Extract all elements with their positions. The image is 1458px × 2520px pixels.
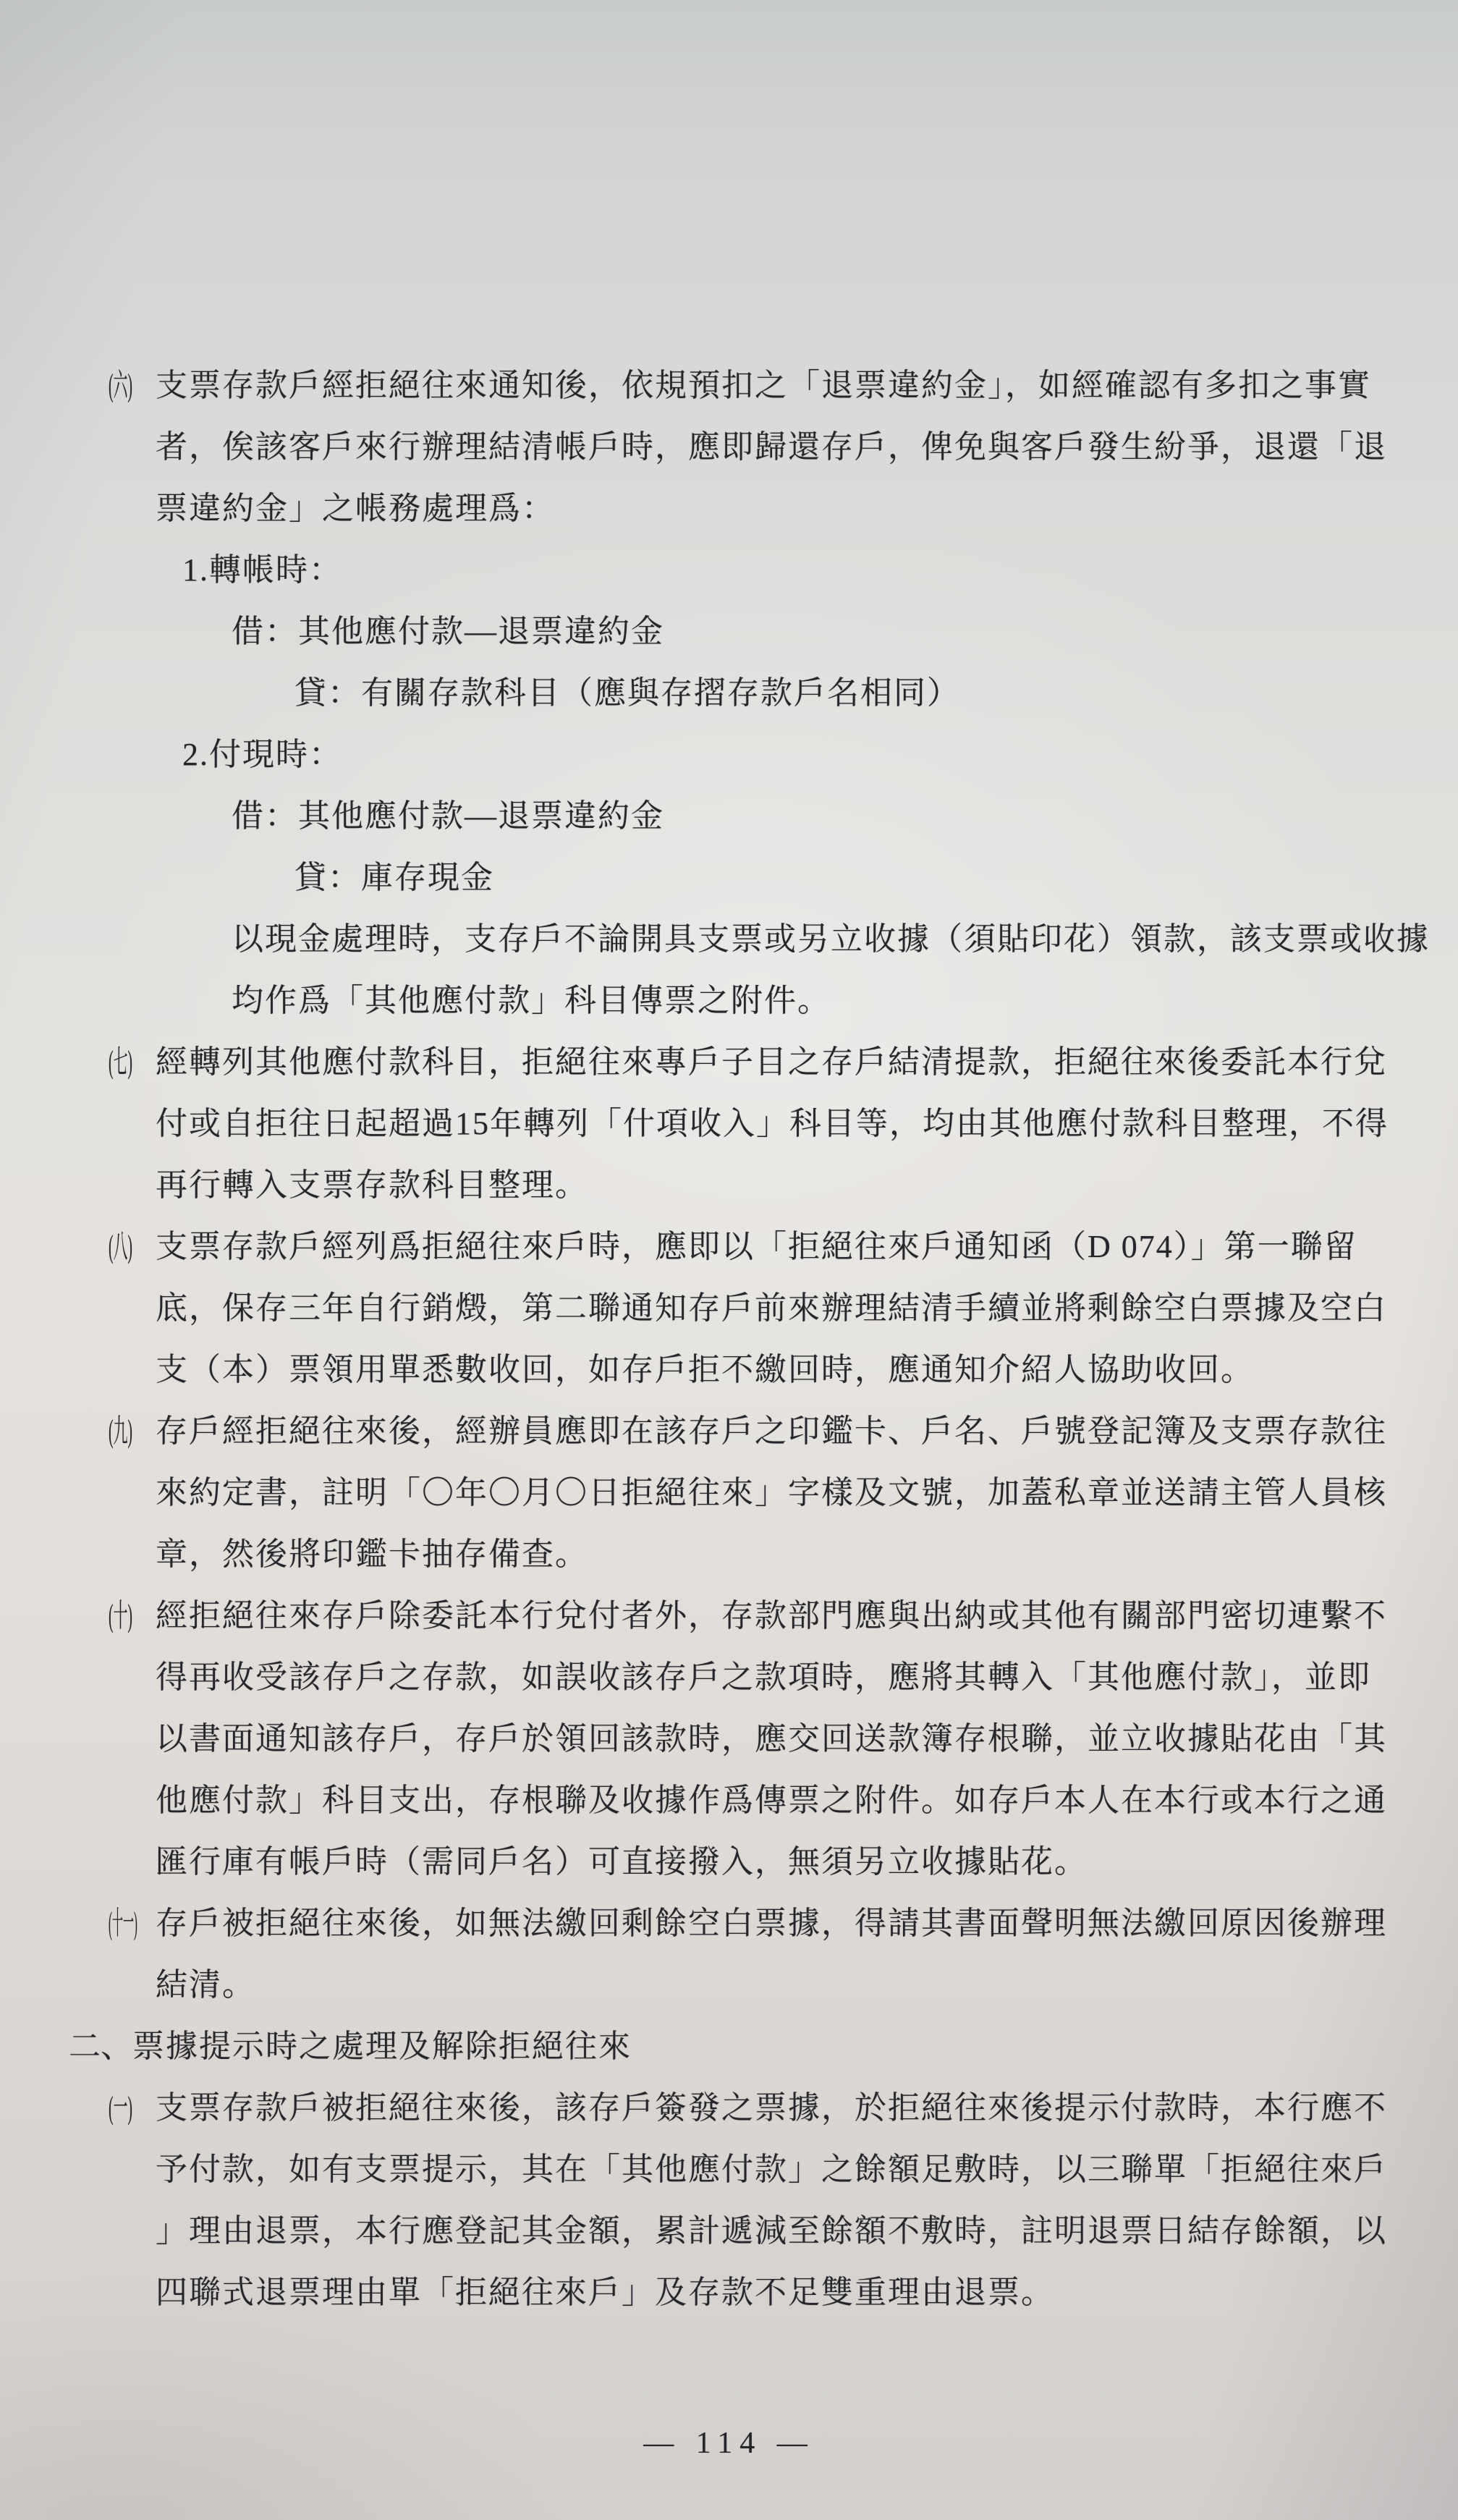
- line-text: 以書面通知該存戶，存戶於領回該款時，應交回送款簿存根聯，並立收據貼花由「其: [156, 1721, 1387, 1756]
- document-line: 四聯式退票理由單「拒絕往來戶」及存款不足雙重理由退票。: [0, 2262, 1458, 2323]
- document-line: 予付款，如有支票提示，其在「其他應付款」之餘額足敷時，以三聯單「拒絕往來戶: [0, 2139, 1458, 2200]
- document-line: 1.轉帳時：: [0, 539, 1458, 601]
- document-line: 得再收受該存戶之存款，如誤收該存戶之款項時，應將其轉入「其他應付款」，並即: [0, 1646, 1458, 1708]
- line-text: 支票存款戶經拒絕往來通知後，依規預扣之「退票違約金」，如經確認有多扣之事實: [156, 368, 1371, 403]
- line-text: 2.付現時：: [182, 737, 342, 772]
- line-text: 章，然後將印鑑卡抽存備查。: [156, 1536, 588, 1572]
- line-text: 四聯式退票理由單「拒絕往來戶」及存款不足雙重理由退票。: [156, 2275, 1054, 2310]
- document-line: 支（本）票領用單悉數收回，如存戶拒不繳回時，應通知介紹人協助收回。: [0, 1339, 1458, 1400]
- line-text: 均作爲「其他應付款」科目傳票之附件。: [232, 983, 831, 1018]
- line-text: 票據提示時之處理及解除拒絕往來: [132, 2029, 632, 2064]
- document-line: 章，然後將印鑑卡抽存備查。: [0, 1523, 1458, 1585]
- list-item-marker: (十一): [109, 1893, 137, 1954]
- document-line: 以書面通知該存戶，存戶於領回該款時，應交回送款簿存根聯，並立收據貼花由「其: [0, 1708, 1458, 1770]
- document-line: (九)存戶經拒絕往來後，經辦員應即在該存戶之印鑑卡、戶名、戶號登記簿及支票存款往: [0, 1400, 1458, 1462]
- document-line: 底，保存三年自行銷燬，第二聯通知存戶前來辦理結清手續並將剩餘空白票據及空白: [0, 1277, 1458, 1339]
- document-body: (六)支票存款戶經拒絕往來通知後，依規預扣之「退票違約金」，如經確認有多扣之事實…: [0, 355, 1458, 2323]
- line-text: 匯行庫有帳戶時（需同戶名）可直接撥入，無須另立收據貼花。: [156, 1844, 1088, 1880]
- list-item-marker: (八): [109, 1216, 132, 1277]
- line-text: 存戶被拒絕往來後，如無法繳回剩餘空白票據，得請其書面聲明無法繳回原因後辦理: [156, 1906, 1387, 1941]
- document-line: (七)經轉列其他應付款科目，拒絕往來專戶子目之存戶結清提款，拒絕往來後委託本行兌: [0, 1031, 1458, 1093]
- line-text: 來約定書，註明「〇年〇月〇日拒絕往來」字樣及文號，加蓋私章並送請主管人員核: [156, 1475, 1387, 1510]
- document-line: 貸：有關存款科目（應與存摺存款戶名相同）: [0, 662, 1458, 724]
- line-text: 1.轉帳時：: [182, 552, 342, 588]
- document-line: 再行轉入支票存款科目整理。: [0, 1154, 1458, 1216]
- document-line: 他應付款」科目支出，存根聯及收據作爲傳票之附件。如存戶本人在本行或本行之通: [0, 1770, 1458, 1831]
- line-text: 付或自拒往日起超過15年轉列「什項收入」科目等，均由其他應付款科目整理，不得: [156, 1106, 1389, 1141]
- document-line: 借：其他應付款—退票違約金: [0, 785, 1458, 847]
- line-text: 支（本）票領用單悉數收回，如存戶拒不繳回時，應通知介紹人協助收回。: [156, 1352, 1254, 1387]
- document-line: (十)經拒絕往來存戶除委託本行兌付者外，存款部門應與出納或其他有關部門密切連繫不: [0, 1585, 1458, 1646]
- document-line: 付或自拒往日起超過15年轉列「什項收入」科目等，均由其他應付款科目整理，不得: [0, 1093, 1458, 1154]
- line-text: 得再收受該存戶之存款，如誤收該存戶之款項時，應將其轉入「其他應付款」，並即: [156, 1659, 1371, 1695]
- list-item-marker: 二、: [69, 2029, 132, 2064]
- page-number: — 114 —: [0, 2426, 1458, 2461]
- line-text: 存戶經拒絕往來後，經辦員應即在該存戶之印鑑卡、戶名、戶號登記簿及支票存款往: [156, 1413, 1387, 1449]
- line-text: 者，俟該客戶來行辦理結清帳戶時，應即歸還存戶，俾免與客戶發生紛爭，退還「退: [156, 429, 1387, 465]
- document-line: (六)支票存款戶經拒絕往來通知後，依規預扣之「退票違約金」，如經確認有多扣之事實: [0, 355, 1458, 416]
- document-line: 來約定書，註明「〇年〇月〇日拒絕往來」字樣及文號，加蓋私章並送請主管人員核: [0, 1462, 1458, 1523]
- line-text: 他應付款」科目支出，存根聯及收據作爲傳票之附件。如存戶本人在本行或本行之通: [156, 1783, 1387, 1818]
- line-text: 予付款，如有支票提示，其在「其他應付款」之餘額足敷時，以三聯單「拒絕往來戶: [156, 2152, 1387, 2187]
- line-text: 經轉列其他應付款科目，拒絕往來專戶子目之存戶結清提款，拒絕往來後委託本行兌: [156, 1044, 1387, 1080]
- document-line: (一)支票存款戶被拒絕往來後，該存戶簽發之票據，於拒絕往來後提示付款時，本行應不: [0, 2077, 1458, 2139]
- document-line: 以現金處理時，支存戶不論開具支票或另立收據（須貼印花）領款，該支票或收據: [0, 908, 1458, 970]
- list-item-marker: (十): [109, 1585, 132, 1646]
- document-line: 均作爲「其他應付款」科目傳票之附件。: [0, 970, 1458, 1031]
- document-line: 貸：庫存現金: [0, 847, 1458, 908]
- line-text: 經拒絕往來存戶除委託本行兌付者外，存款部門應與出納或其他有關部門密切連繫不: [156, 1598, 1387, 1633]
- list-item-marker: (六): [109, 355, 132, 416]
- document-line: 匯行庫有帳戶時（需同戶名）可直接撥入，無須另立收據貼花。: [0, 1831, 1458, 1893]
- line-text: 借：其他應付款—退票違約金: [232, 798, 664, 834]
- document-line: (十一)存戶被拒絕往來後，如無法繳回剩餘空白票據，得請其書面聲明無法繳回原因後辦…: [0, 1893, 1458, 1954]
- list-item-marker: (一): [109, 2077, 132, 2139]
- line-text: 貸：有關存款科目（應與存摺存款戶名相同）: [294, 675, 960, 711]
- scanned-document-page: (六)支票存款戶經拒絕往來通知後，依規預扣之「退票違約金」，如經確認有多扣之事實…: [0, 0, 1458, 2520]
- line-text: 借：其他應付款—退票違約金: [232, 614, 664, 649]
- line-text: 以現金處理時，支存戶不論開具支票或另立收據（須貼印花）領款，該支票或收據: [232, 921, 1430, 957]
- line-text: 支票存款戶被拒絕往來後，該存戶簽發之票據，於拒絕往來後提示付款時，本行應不: [156, 2090, 1387, 2126]
- line-text: 底，保存三年自行銷燬，第二聯通知存戶前來辦理結清手續並將剩餘空白票據及空白: [156, 1290, 1387, 1326]
- line-text: 票違約金」之帳務處理爲：: [156, 491, 555, 526]
- document-line: 者，俟該客戶來行辦理結清帳戶時，應即歸還存戶，俾免與客戶發生紛爭，退還「退: [0, 416, 1458, 478]
- line-text: 結清。: [156, 1967, 255, 2003]
- document-line: 票違約金」之帳務處理爲：: [0, 478, 1458, 539]
- document-line: 」理由退票，本行應登記其金額，累計遞減至餘額不敷時，註明退票日結存餘額，以: [0, 2200, 1458, 2262]
- document-line: (八)支票存款戶經列爲拒絕往來戶時，應即以「拒絕往來戶通知函（D 074）」第一…: [0, 1216, 1458, 1277]
- line-text: 」理由退票，本行應登記其金額，累計遞減至餘額不敷時，註明退票日結存餘額，以: [156, 2213, 1387, 2249]
- document-line: 借：其他應付款—退票違約金: [0, 601, 1458, 662]
- document-line: 2.付現時：: [0, 724, 1458, 785]
- list-item-marker: (九): [109, 1400, 132, 1462]
- line-text: 支票存款戶經列爲拒絕往來戶時，應即以「拒絕往來戶通知函（D 074）」第一聯留: [156, 1229, 1357, 1264]
- line-text: 貸：庫存現金: [294, 860, 494, 895]
- document-line: 結清。: [0, 1954, 1458, 2016]
- document-line: 二、票據提示時之處理及解除拒絕往來: [0, 2016, 1458, 2077]
- line-text: 再行轉入支票存款科目整理。: [156, 1167, 588, 1203]
- list-item-marker: (七): [109, 1031, 132, 1093]
